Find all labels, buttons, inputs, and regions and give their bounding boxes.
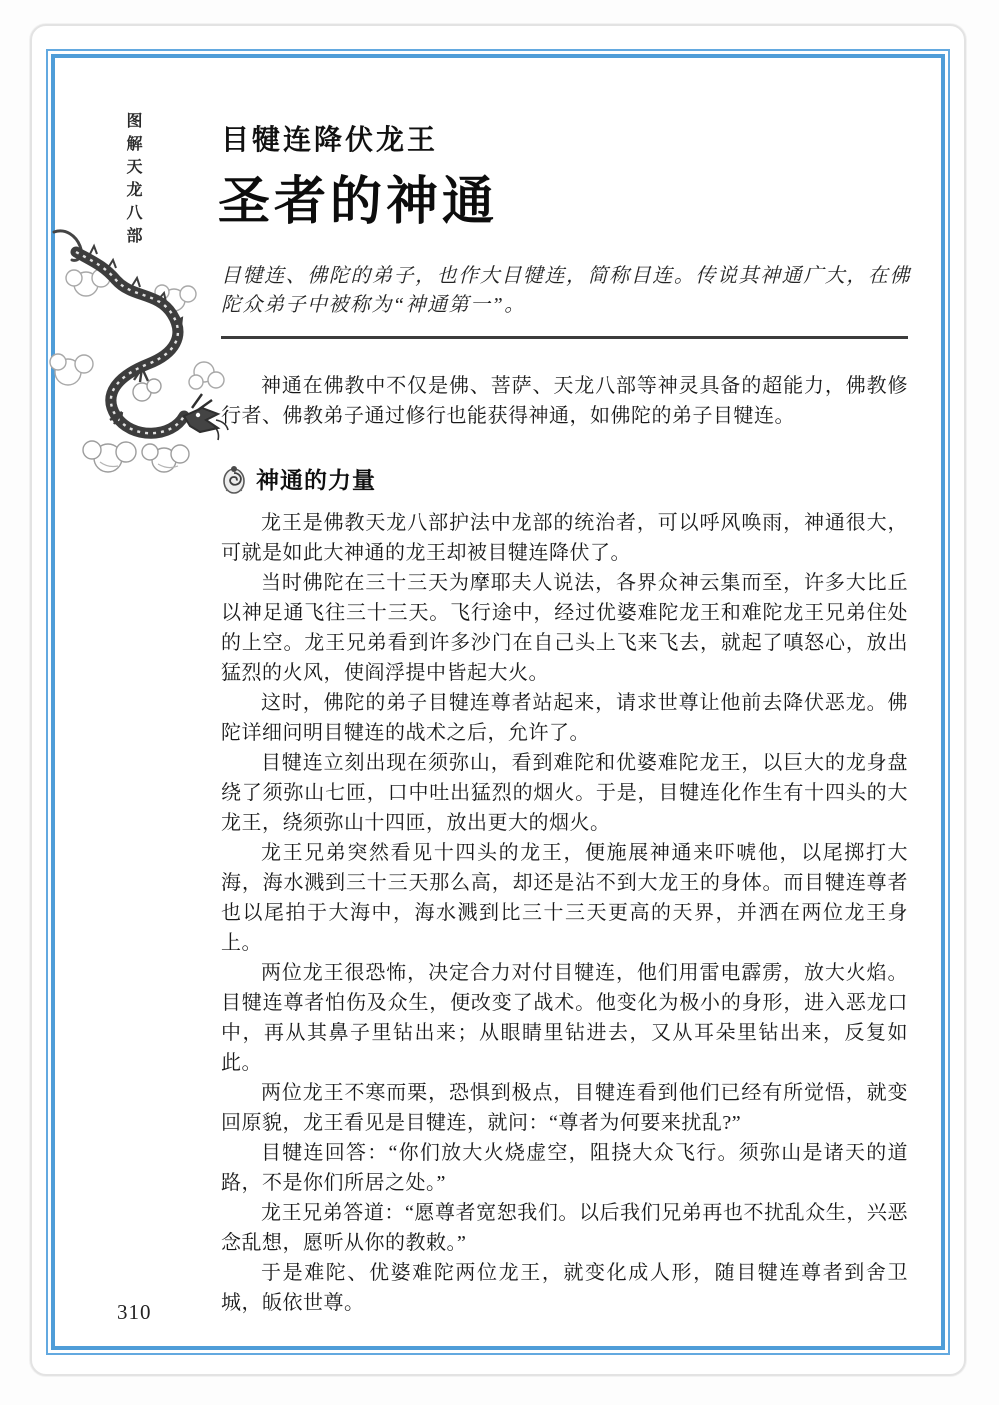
story-paragraph: 龙王兄弟答道：“愿尊者宽恕我们。以后我们兄弟再也不扰乱众生，兴恶念乱想，愿听从你… [221, 1198, 908, 1258]
lead-paragraph: 神通在佛教中不仅是佛、菩萨、天龙八部等神灵具备的超能力，佛教修行者、佛教弟子通过… [221, 371, 908, 431]
body-text: 神通在佛教中不仅是佛、菩萨、天龙八部等神灵具备的超能力，佛教修行者、佛教弟子通过… [221, 371, 908, 1318]
book-page: 图解天龙八部 [0, 0, 999, 1405]
story-paragraph: 龙王是佛教天龙八部护法中龙部的统治者，可以呼风唤雨，神通很大，可就是如此大神通的… [221, 508, 908, 568]
story-paragraph: 两位龙王很恐怖，决定合力对付目犍连，他们用雷电霹雳，放大火焰。目犍连尊者怕伤及众… [221, 958, 908, 1078]
story-paragraph: 目犍连回答：“你们放大火烧虚空，阻挠大众飞行。须弥山是诸天的道路，不是你们所居之… [221, 1138, 908, 1198]
chapter-title: 圣者的神通 [218, 159, 498, 234]
chapter-subtitle: 目犍连降伏龙王 [221, 118, 438, 158]
story-paragraph: 龙王兄弟突然看见十四头的龙王，便施展神通来吓唬他，以尾掷打大海，海水溅到三十三天… [221, 838, 908, 958]
story-paragraph: 两位龙王不寒而栗，恐惧到极点，目犍连看到他们已经有所觉悟，就变回原貌，龙王看见是… [221, 1078, 908, 1138]
story-paragraph: 当时佛陀在三十三天为摩耶夫人说法，各界众神云集而至，许多大比丘以神足通飞往三十三… [221, 568, 908, 688]
section-heading-label: 神通的力量 [256, 465, 376, 495]
dragon-seal-icon [221, 464, 247, 495]
chapter-intro: 目犍连、佛陀的弟子，也作大目犍连，简称目连。传说其神通广大，在佛陀众弟子中被称为… [221, 262, 911, 320]
section-heading: 神通的力量 [221, 464, 908, 495]
story-paragraph: 这时，佛陀的弟子目犍连尊者站起来，请求世尊让他前去降伏恶龙。佛陀详细问明目犍连的… [221, 688, 908, 748]
story-paragraph: 于是难陀、优婆难陀两位龙王，就变化成人形，随目犍连尊者到舍卫城，皈依世尊。 [221, 1258, 908, 1318]
page-number: 310 [117, 1300, 152, 1325]
intro-divider-rule [221, 336, 908, 339]
story-paragraph: 目犍连立刻出现在须弥山，看到难陀和优婆难陀龙王，以巨大的龙身盘绕了须弥山七匝，口… [221, 748, 908, 838]
dragon-illustration [46, 222, 230, 482]
